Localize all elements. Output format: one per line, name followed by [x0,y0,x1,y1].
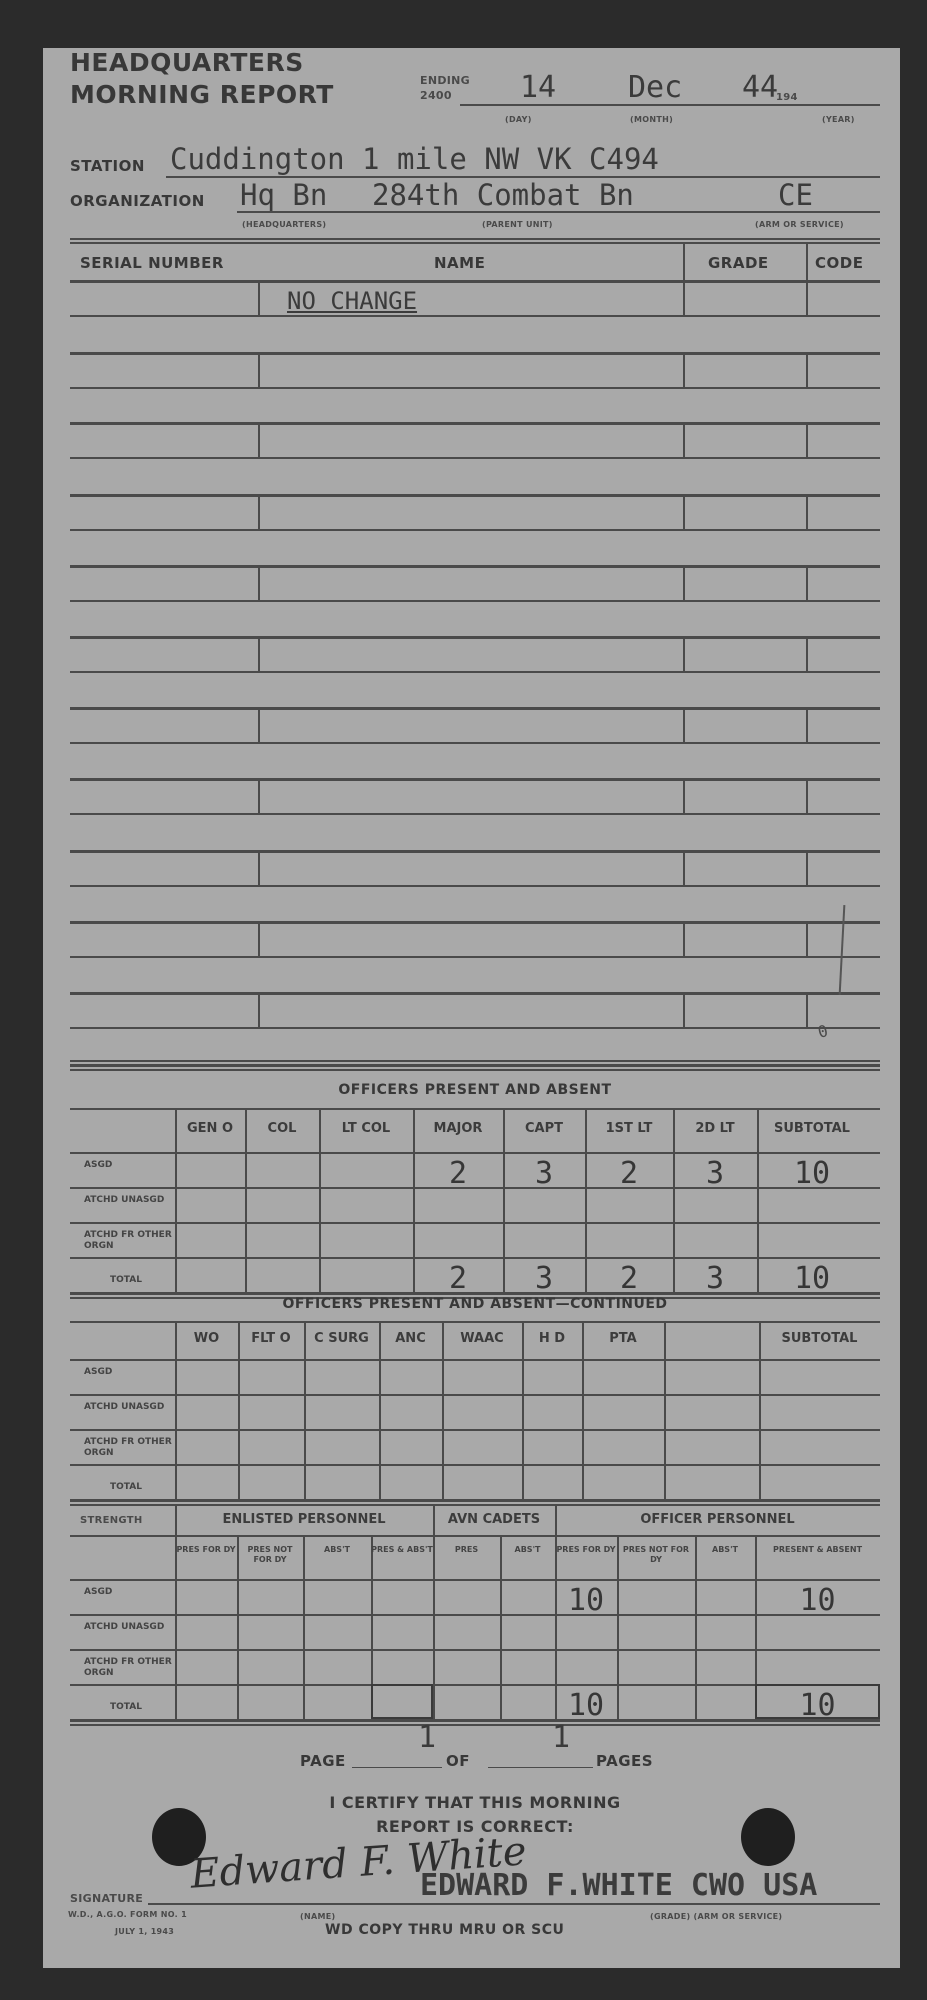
station-value: Cuddington 1 mile NW VK C494 [170,142,659,176]
header-name: NAME [434,254,485,272]
header-serial-number: SERIAL NUMBER [80,254,224,272]
total-pages-underline [488,1767,593,1768]
code-divider [806,494,808,529]
row-rule [70,778,880,781]
col-divider [442,1321,444,1499]
code-divider [806,850,808,885]
row-subrule [70,885,880,887]
col-divider [303,1535,305,1719]
strength-col-header: ABS'T [500,1545,555,1555]
grade-divider [683,352,685,387]
col-header: H D [522,1331,582,1346]
col-header: SUBTOTAL [757,1121,867,1136]
row-label: ASGD [84,1587,174,1598]
caption-headquarters: (HEADQUARTERS) [242,220,326,229]
cell-value: 3 [673,1261,757,1296]
total-box [371,1684,433,1719]
strength-label: STRENGTH [80,1515,143,1526]
col-divider [500,1535,502,1719]
code-divider [806,921,808,956]
row-label: ATCHD UNASGD [84,1195,174,1206]
strength-col-header: PRES FOR DY [555,1545,617,1555]
caption-arm-or-service: (ARM OR SERVICE) [755,220,844,229]
grade-divider [683,280,685,315]
caption-parent-unit: (PARENT UNIT) [482,220,553,229]
strength-col-header: PRES & ABS'T [371,1545,433,1555]
row-label: ATCHD FR OTHER ORGN [84,1437,174,1459]
organization-headquarters: Hq Bn [240,178,327,212]
col-divider [175,1535,177,1719]
row-subrule [70,671,880,673]
header-grade: GRADE [708,254,769,272]
cell-value: 3 [673,1156,757,1191]
code-divider [806,422,808,457]
row-label: ASGD [84,1160,174,1171]
row-label: TOTAL [110,1275,200,1286]
officers-top-rule [70,1064,880,1067]
col-divider [664,1321,666,1499]
row-subrule [70,742,880,744]
table-top-rule-2 [70,242,880,244]
row-subrule [70,529,880,531]
col-header: SUBTOTAL [759,1331,880,1346]
year-caption: (YEAR) [822,115,855,124]
serial-divider [258,707,260,742]
row-subrule [70,1027,880,1029]
strength-col-header: PRES NOT FOR DY [617,1545,695,1565]
typed-name: EDWARD F.WHITE CWO USA [420,1868,817,1903]
col-divider [304,1321,306,1499]
caption-name: (NAME) [300,1912,335,1921]
cell-value: 3 [503,1261,585,1296]
grid-row-rule [70,1257,880,1259]
grid-row-rule [70,1579,880,1581]
serial-divider [258,921,260,956]
serial-divider [258,565,260,600]
grade-divider [683,921,685,956]
col-header: WAAC [442,1331,522,1346]
col-divider [695,1535,697,1719]
grid-row-rule [70,1394,880,1396]
grade-divider [683,565,685,600]
strength-col-header: PRES NOT FOR DY [237,1545,303,1565]
serial-divider [258,280,260,315]
cell-value: 2 [585,1156,673,1191]
col-divider [522,1321,524,1499]
row-rule [70,921,880,924]
officers-title: OFFICERS PRESENT AND ABSENT [70,1082,880,1098]
grade-divider [683,422,685,457]
row-label: ATCHD UNASGD [84,1402,174,1413]
ending-time: 2400 [420,89,452,102]
grade-divider [683,992,685,1027]
row-subrule [70,457,880,459]
serial-divider [258,992,260,1027]
grid-bottom-rule-2 [70,1724,880,1726]
serial-divider [258,850,260,885]
grid-row-rule [70,1464,880,1466]
code-divider [806,280,808,315]
serial-divider [258,422,260,457]
code-divider [806,565,808,600]
organization-arm: CE [778,178,813,212]
row-subrule [70,600,880,602]
cell-value: 10 [757,1261,867,1296]
code-divider [806,244,808,280]
routing-note: WD COPY THRU MRU OR SCU [325,1922,564,1938]
col-header: LT COL [319,1121,413,1136]
col-header: COL [245,1121,319,1136]
grade-divider [683,244,685,280]
row-subrule [70,956,880,958]
grid-row-rule [70,1222,880,1224]
strength-group-header: ENLISTED PERSONNEL [175,1512,433,1527]
row-rule [70,1060,880,1062]
entry-name: NO CHANGE [287,287,417,315]
row-subrule [70,315,880,317]
signature-label: SIGNATURE [70,1892,143,1905]
grid-bottom-rule-2 [70,1504,880,1506]
col-header: 1ST LT [585,1121,673,1136]
group-rule [70,1535,880,1537]
row-rule [70,565,880,568]
year-prefix: 194 [776,92,798,103]
col-header: C SURG [304,1331,379,1346]
row-rule [70,992,880,995]
col-header: ANC [379,1331,442,1346]
month-caption: (MONTH) [630,115,673,124]
caption-grade-arm: (GRADE) (ARM OR SERVICE) [650,1912,782,1921]
grade-divider [683,494,685,529]
col-header: 2D LT [673,1121,757,1136]
strength-col-header: PRES FOR DY [175,1545,237,1555]
col-header: PTA [582,1331,664,1346]
organization-label: ORGANIZATION [70,192,205,210]
serial-divider [258,494,260,529]
code-divider [806,707,808,742]
ending-label: ENDING [420,74,470,87]
page-number: 1 [418,1720,436,1755]
grid-row-rule [70,1649,880,1651]
officers-continued-title: OFFICERS PRESENT AND ABSENT—CONTINUED [70,1296,880,1312]
grade-divider [683,707,685,742]
cell-value: 10 [555,1583,617,1618]
col-header: GEN O [175,1121,245,1136]
cell-value: 3 [503,1156,585,1191]
col-divider [175,1321,177,1499]
pages-label: PAGES [596,1752,653,1770]
row-subrule [70,813,880,815]
row-label: ASGD [84,1367,174,1378]
month-value: Dec [628,70,682,105]
strength-group-header: OFFICER PERSONNEL [555,1512,880,1527]
col-header: FLT O [238,1331,304,1346]
grid-row-rule [70,1429,880,1431]
row-label: TOTAL [110,1702,200,1713]
code-divider [806,778,808,813]
col-header: CAPT [503,1121,585,1136]
total-box [755,1684,880,1719]
cell-value: 2 [413,1261,503,1296]
morning-report-form [43,48,900,1968]
total-pages: 1 [552,1720,570,1755]
signature-underline [148,1903,880,1905]
punch-hole-right [741,1808,795,1866]
form-title-morning-report: MORNING REPORT [70,80,334,109]
form-number: W.D., A.G.O. FORM NO. 1 [68,1910,187,1919]
row-label: ATCHD UNASGD [84,1622,174,1633]
code-divider [806,992,808,1027]
organization-parent-unit: 284th Combat Bn [372,178,634,212]
col-divider [759,1321,761,1499]
cell-value: 2 [585,1261,673,1296]
row-rule [70,850,880,853]
row-label: ATCHD FR OTHER ORGN [84,1230,174,1252]
serial-divider [258,352,260,387]
grid-row-rule [70,1359,880,1361]
grid-row-rule [70,1152,880,1154]
row-rule [70,280,880,283]
serial-divider [258,778,260,813]
row-rule [70,352,880,355]
grade-divider [683,778,685,813]
year-typed-value: 44 [742,70,778,105]
grade-divider [683,850,685,885]
form-date: JULY 1, 1943 [115,1927,174,1936]
strength-col-header: PRES [433,1545,500,1555]
col-header: WO [175,1331,238,1346]
col-divider [379,1321,381,1499]
station-label: STATION [70,157,145,175]
row-subrule [70,387,880,389]
col-divider [238,1321,240,1499]
serial-divider [258,636,260,671]
row-rule [70,636,880,639]
row-rule [70,422,880,425]
cell-value: 10 [757,1156,867,1191]
col-divider [433,1535,435,1719]
row-rule [70,707,880,710]
officers-top-rule-2 [70,1069,880,1071]
row-label: ATCHD FR OTHER ORGN [84,1657,174,1679]
day-value: 14 [520,70,556,105]
of-label: OF [446,1752,470,1770]
page-label: PAGE [300,1752,346,1770]
day-caption: (DAY) [505,115,532,124]
table-top-rule [70,238,880,240]
code-divider [806,636,808,671]
row-label: TOTAL [110,1482,200,1493]
grid-bottom-rule [70,1499,880,1502]
strength-col-header: PRESENT & ABSENT [755,1545,880,1555]
header-code: CODE [815,254,863,272]
cell-value: 10 [555,1688,617,1723]
page-underline [352,1767,442,1768]
row-rule [70,494,880,497]
strength-group-header: AVN CADETS [433,1512,555,1527]
strength-col-header: ABS'T [303,1545,371,1555]
col-divider [582,1321,584,1499]
col-header: MAJOR [413,1121,503,1136]
form-title-headquarters: HEADQUARTERS [70,48,304,77]
code-divider [806,352,808,387]
grade-divider [683,636,685,671]
cell-value: 2 [413,1156,503,1191]
strength-col-header: ABS'T [695,1545,755,1555]
cell-value: 10 [755,1583,880,1618]
